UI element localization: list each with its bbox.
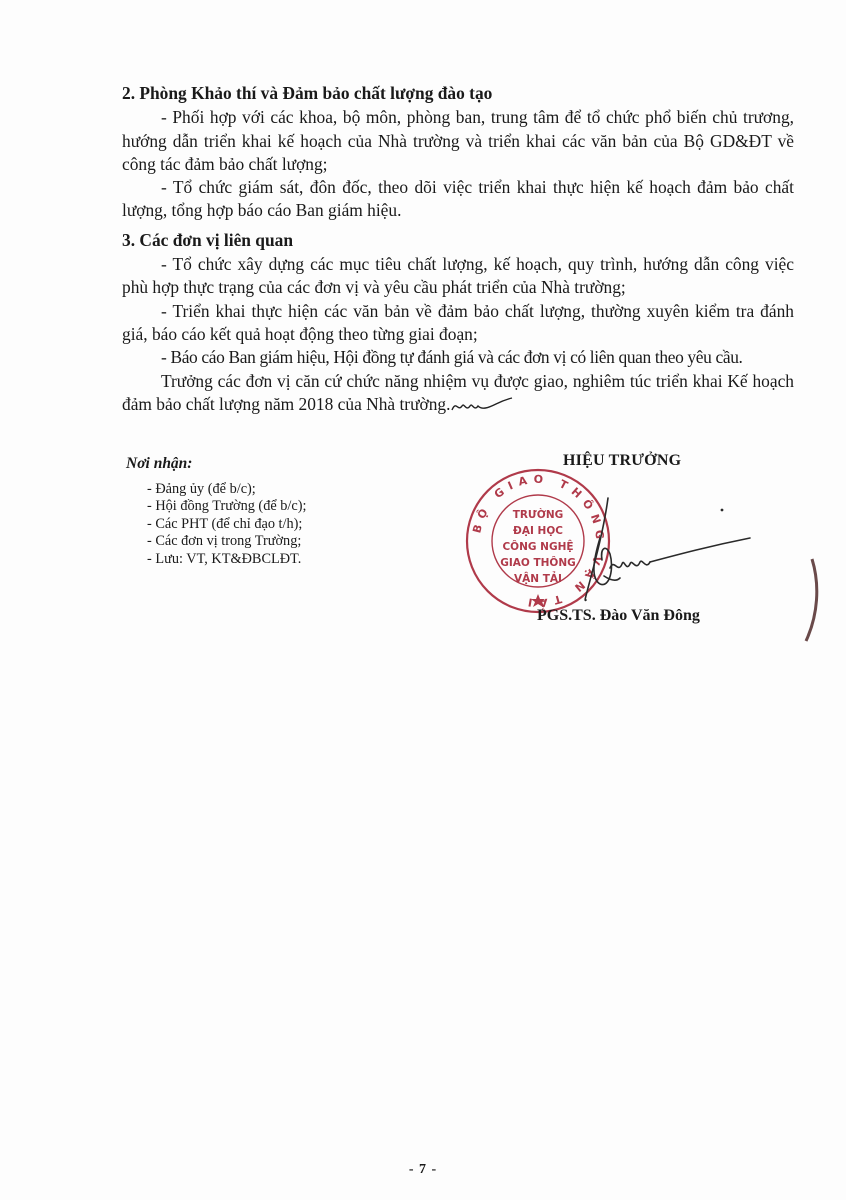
document-body: 2. Phòng Khảo thí và Đảm bảo chất lượng … <box>122 82 794 416</box>
handwritten-initial-icon <box>450 396 514 414</box>
recipient-item: - Hội đồng Trường (để b/c); <box>147 498 306 516</box>
svg-text:VẬN TẢI: VẬN TẢI <box>514 571 562 585</box>
svg-text:TRƯỜNG: TRƯỜNG <box>513 508 564 521</box>
recipients-block: Nơi nhận: - Đảng ủy (để b/c); - Hội đồng… <box>126 455 306 569</box>
section-2-paragraph: - Tổ chức giám sát, đôn đốc, theo dõi vi… <box>122 176 794 223</box>
svg-text:GIAO THÔNG: GIAO THÔNG <box>500 556 576 569</box>
section-3-heading: 3. Các đơn vị liên quan <box>122 229 794 252</box>
recipient-item: - Các đơn vị trong Trường; <box>147 533 306 551</box>
signature-icon <box>570 488 760 608</box>
recipients-label: Nơi nhận: <box>126 455 306 473</box>
svg-text:ĐẠI HỌC: ĐẠI HỌC <box>513 525 563 537</box>
recipients-list: - Đảng ủy (để b/c); - Hội đồng Trường (đ… <box>126 481 306 569</box>
signer-name: PGS.TS. Đào Văn Đông <box>537 607 700 625</box>
recipient-item: - Lưu: VT, KT&ĐBCLĐT. <box>147 551 306 569</box>
section-2-heading: 2. Phòng Khảo thí và Đảm bảo chất lượng … <box>122 82 794 105</box>
recipient-item: - Đảng ủy (để b/c); <box>147 481 306 499</box>
seal-edge-fragment-icon <box>800 555 830 645</box>
section-2-paragraph: - Phối hợp với các khoa, bộ môn, phòng b… <box>122 106 794 176</box>
page-number: - 7 - <box>0 1162 846 1178</box>
document-page: 2. Phòng Khảo thí và Đảm bảo chất lượng … <box>0 0 846 1200</box>
signature-block: HIỆU TRƯỞNG BỘ GIAO THÔNG VẬN TẢI TRƯỜNG… <box>455 448 775 638</box>
section-3-paragraph: - Báo cáo Ban giám hiệu, Hội đồng tự đán… <box>122 346 794 369</box>
svg-text:CÔNG NGHỆ: CÔNG NGHỆ <box>502 540 573 553</box>
section-3-paragraph: - Tổ chức xây dựng các mục tiêu chất lượ… <box>122 253 794 300</box>
closing-paragraph: Trưởng các đơn vị căn cứ chức năng nhiệm… <box>122 370 794 417</box>
recipient-item: - Các PHT (để chỉ đạo t/h); <box>147 516 306 534</box>
section-3-paragraph: - Triển khai thực hiện các văn bản về đả… <box>122 300 794 347</box>
